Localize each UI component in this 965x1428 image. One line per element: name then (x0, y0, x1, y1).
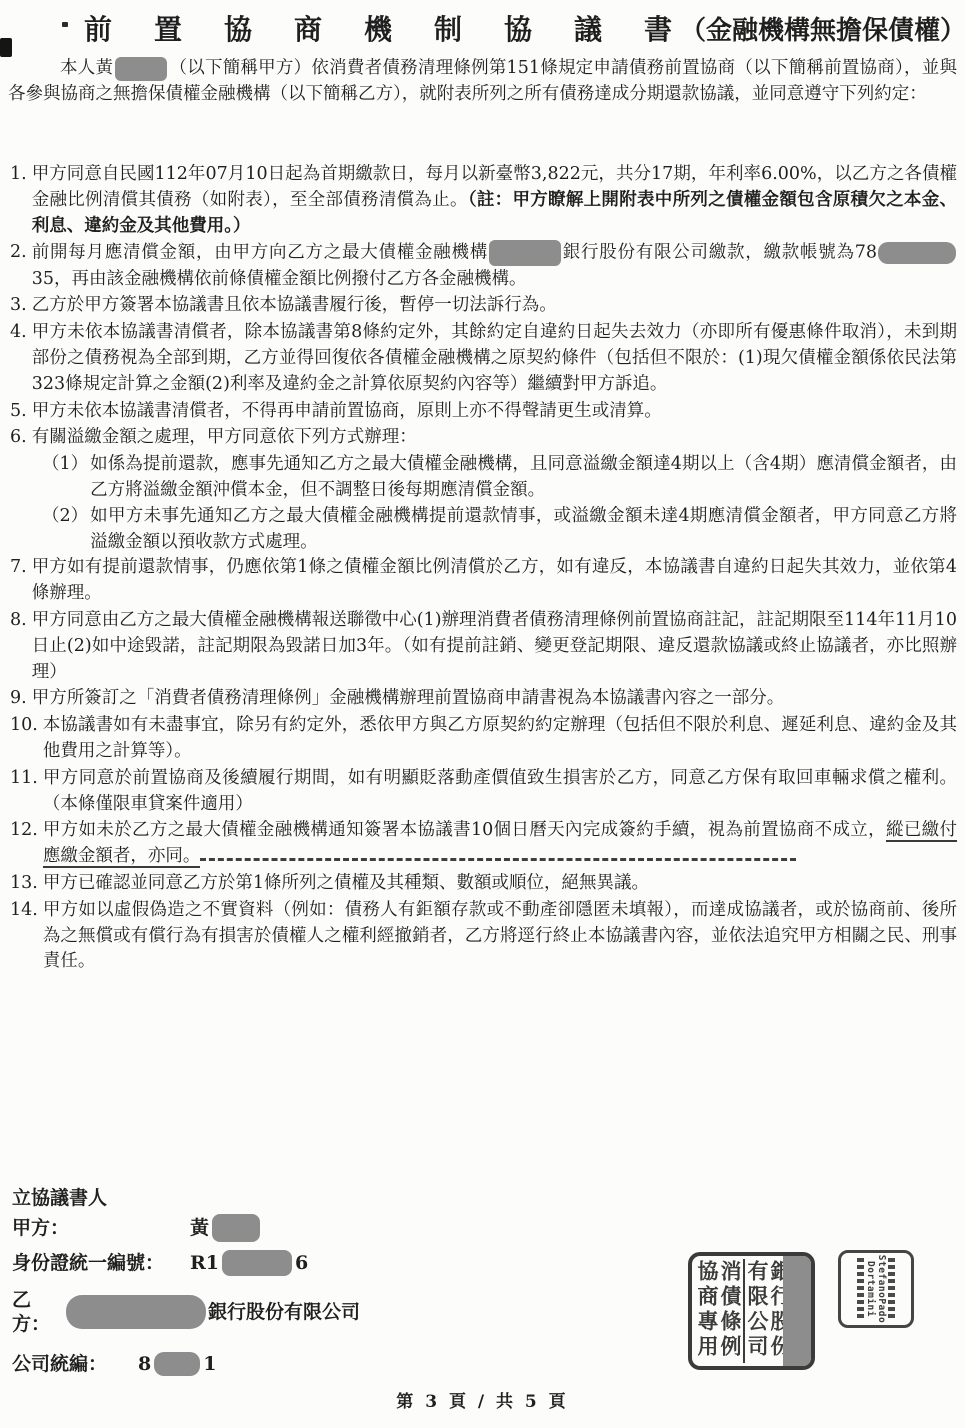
clause-13-text: 甲方已確認並同意乙方於第1條所列之債權及其種類、數額或順位，絕無異議。 (43, 871, 957, 897)
clause-4: 4. 甲方未依本協議書清償者，除本協議書第8條約定外，其餘約定自違約日起失去效力… (10, 320, 957, 397)
scanned-agreement-page: 前置協商機制協議書（金融機構無擔保債權） 本人黃（以下簡稱甲方）依消費者債務清理… (0, 0, 965, 1428)
clause-2: 2. 前開每月應清償金額，由甲方向乙方之最大債權金融機構銀行股份有限公司繳款，繳… (10, 240, 957, 292)
redaction-corp-id (154, 1352, 200, 1376)
clause-11-number: 11. (10, 766, 38, 818)
clause-6-sub-2-number: （2） (42, 504, 88, 556)
clause-14: 14. 甲方如以虛假偽造之不實資料（例如：債務人有鉅額存款或不動產卻隱匿未填報）… (10, 898, 957, 975)
clause-5-number: 5. (10, 399, 27, 425)
corp-id-row: 公司統編： 8 1 (12, 1352, 360, 1376)
party-b-row: 乙方： 銀行股份有限公司 (12, 1288, 360, 1336)
clause-8: 8. 甲方同意由乙方之最大債權金融機構報送聯徵中心(1)辦理消費者債務清理條例前… (10, 608, 957, 685)
redaction-party-b-bank-name (66, 1295, 206, 1329)
clause-11: 11. 甲方同意於前置協商及後續履行期間，如有明顯貶落動產價值致生損害於乙方，同… (10, 766, 957, 818)
scan-artifact-dot (62, 22, 68, 27)
redaction-id-number (222, 1250, 292, 1276)
redaction-bank-name (489, 240, 561, 266)
clause-1-number: 1. (10, 162, 27, 239)
clause-14-number: 14. (10, 898, 38, 975)
document-title: 前置協商機制協議書（金融機構無擔保債權） (84, 8, 959, 48)
id-number-label: 身份證統一編號： (12, 1251, 190, 1275)
clause-6-sub-1-number: （1） (42, 452, 88, 504)
signature-block: 立協議書人 甲方： 黃 身份證統一編號： R1 6 乙方： 銀行股份有限公司 公… (12, 1186, 360, 1385)
clause-6-sub-1-text: 如係為提前還款，應事先通知乙方之最大債權金融機構，且同意溢繳金額達4期以上（含4… (90, 452, 957, 504)
clause-9: 9. 甲方所簽訂之「消費者債務清理條例」金融機構辦理前置協商申請書視為本協議書內… (10, 686, 957, 712)
clause-13-number: 13. (10, 871, 38, 897)
document-title-paren: （金融機構無擔保債權） (680, 16, 965, 46)
personal-seal-content: StefanoPado Dortamini (856, 1255, 896, 1323)
clause-14-text: 甲方如以虛假偽造之不實資料（例如：債務人有鉅額存款或不動產卻隱匿未填報），而達成… (43, 898, 957, 975)
redaction-seal-bank-name (783, 1256, 811, 1366)
clause-list: 1. 甲方同意自民國112年07月10日起為首期繳款日，每月以新臺幣3,822元… (10, 162, 957, 976)
clause-12-number: 12. (10, 818, 38, 870)
intro-paragraph: 本人黃（以下簡稱甲方）依消費者債務清理條例第151條規定申請債務前置協商（以下簡… (8, 56, 957, 108)
party-a-row: 甲方： 黃 (12, 1214, 360, 1242)
clause-5: 5. 甲方未依本協議書清償者，不得再申請前置協商，原則上亦不得聲請更生或清算。 (10, 399, 957, 425)
clause-8-number: 8. (10, 608, 27, 685)
clause-6-sub-2-text: 如甲方未事先通知乙方之最大債權金融機構提前還款情事，或溢繳金額未達4期應清償金額… (90, 504, 957, 556)
clause-2-text: 前開每月應清償金額，由甲方向乙方之最大債權金融機構銀行股份有限公司繳款，繳款帳號… (32, 240, 957, 292)
personal-seal-stamp: StefanoPado Dortamini (838, 1250, 914, 1328)
personal-seal-line-1: StefanoPado (876, 1255, 887, 1323)
corp-id-label: 公司統編： (12, 1352, 124, 1376)
clause-11-text: 甲方同意於前置協商及後續履行期間，如有明顯貶落動產價值致生損害於乙方，同意乙方保… (43, 766, 957, 818)
clause-13: 13. 甲方已確認並同意乙方於第1條所列之債權及其種類、數額或順位，絕無異議。 (10, 871, 957, 897)
redaction-applicant-name (115, 57, 167, 81)
clause-3-number: 3. (10, 293, 27, 319)
clause-6-sub-1: （1） 如係為提前還款，應事先通知乙方之最大債權金融機構，且同意溢繳金額達4期以… (42, 452, 957, 504)
clause-3-text: 乙方於甲方簽署本協議書且依本協議書履行後，暫停一切法訴行為。 (32, 293, 957, 319)
clause-12-seg1: 甲方如未於乙方之最大債權金融機構通知簽署本協議書10個日曆天內完成簽約手續，視為… (43, 820, 886, 840)
id-number-row: 身份證統一編號： R1 6 (12, 1250, 360, 1276)
clause-6-text: 有關溢繳金額之處理，甲方同意依下列方式辦理： (32, 425, 957, 451)
clause-2-seg1: 前開每月應清償金額，由甲方向乙方之最大債權金融機構 (32, 243, 488, 263)
clause-10-number: 10. (10, 713, 38, 765)
seal-glyph-strip-bottom (857, 1258, 864, 1320)
clause-6-sub-2: （2） 如甲方未事先通知乙方之最大債權金融機構提前還款情事，或溢繳金額未達4期應… (42, 504, 957, 556)
clause-12-dashed-rule (200, 845, 796, 861)
clause-7-text: 甲方如有提前還款情事，仍應依第1條之債權金額比例清償於乙方，如有違反，本協議書自… (32, 555, 957, 607)
clause-9-text: 甲方所簽訂之「消費者債務清理條例」金融機構辦理前置協商申請書視為本協議書內容之一… (32, 686, 957, 712)
clause-1-text: 甲方同意自民國112年07月10日起為首期繳款日，每月以新臺幣3,822元，共分… (32, 162, 957, 239)
clause-7: 7. 甲方如有提前還款情事，仍應依第1條之債權金額比例清償於乙方，如有違反，本協… (10, 555, 957, 607)
corp-id-prefix: 8 (138, 1352, 151, 1376)
clause-7-number: 7. (10, 555, 27, 607)
redaction-party-a-name (212, 1214, 260, 1242)
personal-seal-line-2: Dortamini (865, 1255, 876, 1323)
redaction-account-number (878, 242, 956, 264)
signature-heading: 立協議書人 (12, 1186, 360, 1210)
clause-2-number: 2. (10, 240, 27, 292)
clause-10: 10. 本協議書如有未盡事宜，除另有約定外，悉依甲方與乙方原契約約定辦理（包括但… (10, 713, 957, 765)
id-number-prefix: R1 (190, 1251, 219, 1275)
company-seal-stamp: 消債條例協商專用 銀行股份有限公司 (688, 1252, 815, 1370)
intro-text-1: 本人黃 (60, 58, 113, 78)
clause-2-seg3: 35，再由該金融機構依前條債權金額比例撥付乙方各金融機構。 (32, 269, 527, 289)
clause-4-number: 4. (10, 320, 27, 397)
clause-12-text: 甲方如未於乙方之最大債權金融機構通知簽署本協議書10個日曆天內完成簽約手續，視為… (43, 818, 957, 870)
party-a-label: 甲方： (12, 1216, 190, 1240)
clause-10-text: 本協議書如有未盡事宜，除另有約定外，悉依甲方與乙方原契約約定辦理（包括但不限於利… (43, 713, 957, 765)
scan-artifact-left-edge (0, 38, 12, 57)
corp-id-suffix: 1 (203, 1352, 216, 1376)
clause-5-text: 甲方未依本協議書清償者，不得再申請前置協商，原則上亦不得聲請更生或清算。 (32, 399, 957, 425)
party-b-company-suffix: 銀行股份有限公司 (208, 1300, 360, 1324)
clause-4-text: 甲方未依本協議書清償者，除本協議書第8條約定外，其餘約定自違約日起失去效力（亦即… (32, 320, 957, 397)
clause-6-number: 6. (10, 425, 27, 451)
clause-2-seg2: 銀行股份有限公司繳款，繳款帳號為78 (562, 243, 877, 263)
id-number-suffix: 6 (295, 1251, 308, 1275)
seal-glyph-strip-top (888, 1258, 895, 1320)
document-title-main: 前置協商機制協議書 (84, 13, 714, 46)
clause-3: 3. 乙方於甲方簽署本協議書且依本協議書履行後，暫停一切法訴行為。 (10, 293, 957, 319)
clause-9-number: 9. (10, 686, 27, 712)
clause-1: 1. 甲方同意自民國112年07月10日起為首期繳款日，每月以新臺幣3,822元… (10, 162, 957, 239)
party-b-label: 乙方： (12, 1288, 66, 1336)
clause-12: 12. 甲方如未於乙方之最大債權金融機構通知簽署本協議書10個日曆天內完成簽約手… (10, 818, 957, 870)
company-seal-left-columns: 消債條例協商專用 (696, 1260, 742, 1362)
party-a-surname: 黃 (190, 1216, 209, 1240)
page-number: 第 3 頁 / 共 5 頁 (0, 1387, 965, 1412)
clause-6: 6. 有關溢繳金額之處理，甲方同意依下列方式辦理： (10, 425, 957, 451)
clause-8-text: 甲方同意由乙方之最大債權金融機構報送聯徵中心(1)辦理消費者債務清理條例前置協商… (32, 608, 957, 685)
